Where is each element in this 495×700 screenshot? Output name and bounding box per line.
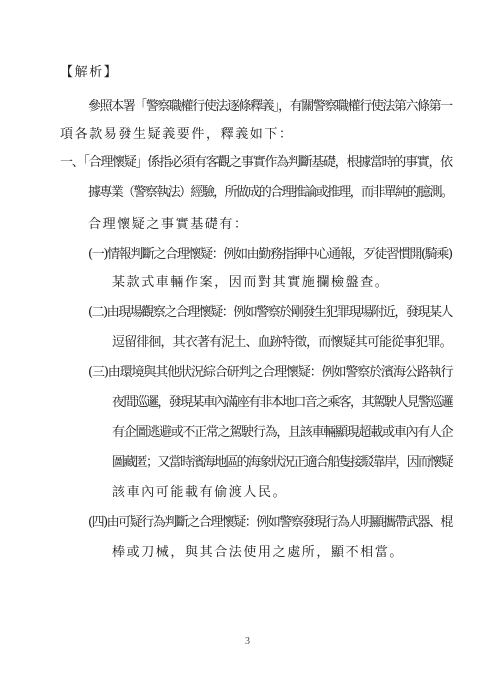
section1-line-3: 合理懷疑之事實基礎有： xyxy=(88,217,249,233)
item1-line-1: (一)情報判斷之合理懷疑：例如由勤務指揮中心通報，歹徒習慣開(騎乘) xyxy=(88,247,452,263)
item4-line-1: (四)由可疑行為判斷之合理懷疑：例如警察發現行為人明顯攜帶武器、棍 xyxy=(88,515,452,531)
item4-line-2: 棒或刀械，與其合法使用之處所，顯不相當。 xyxy=(112,545,404,561)
item3-line-1: (三)由環境與其他狀況綜合研判之合理懷疑：例如警察於濱海公路執行 xyxy=(88,365,452,381)
document-page: 【解析】 參照本署「警察職權行使法逐條釋義」，有關警察職權行使法第六條第一 項各… xyxy=(0,0,495,700)
item3-line-5: 該車內可能載有偷渡人民。 xyxy=(112,485,287,501)
section1-line-2: 據專業（警察執法）經驗，所做成的合理推論或推理，而非單純的臆測。 xyxy=(88,185,452,201)
item3-line-2: 夜間巡邏，發現某車內滿座有非本地口音之乘客，其駕駛人見警巡邏 xyxy=(112,395,452,411)
page-number: 3 xyxy=(0,636,495,647)
item3-line-4: 圖藏匿；又當時濱海地區的海象狀況正適合船隻接駁靠岸，因而懷疑 xyxy=(112,455,452,471)
item3-line-3: 有企圖逃避或不正常之駕駛行為，且該車輛顯現超載或車內有人企 xyxy=(112,425,452,441)
intro-line-2: 項各款易發生疑義要件，釋義如下： xyxy=(60,127,294,143)
intro-line-1: 參照本署「警察職權行使法逐條釋義」，有關警察職權行使法第六條第一 xyxy=(88,99,452,115)
item1-line-2: 某款式車輛作案，因而對其實施攔檢盤查。 xyxy=(112,275,389,291)
item2-line-1: (二)由現場觀察之合理懷疑：例如警察於剛發生犯罪現場附近，發現某人 xyxy=(88,305,452,321)
section-heading: 【解析】 xyxy=(60,65,118,81)
section1-line-1: 一、「合理懷疑」係指必須有客觀之事實作為判斷基礎，根據當時的事實，依 xyxy=(60,155,452,171)
item2-line-2: 逗留徘徊，其衣著有泥土、血跡特徵，而懷疑其可能從事犯罪。 xyxy=(112,335,452,351)
